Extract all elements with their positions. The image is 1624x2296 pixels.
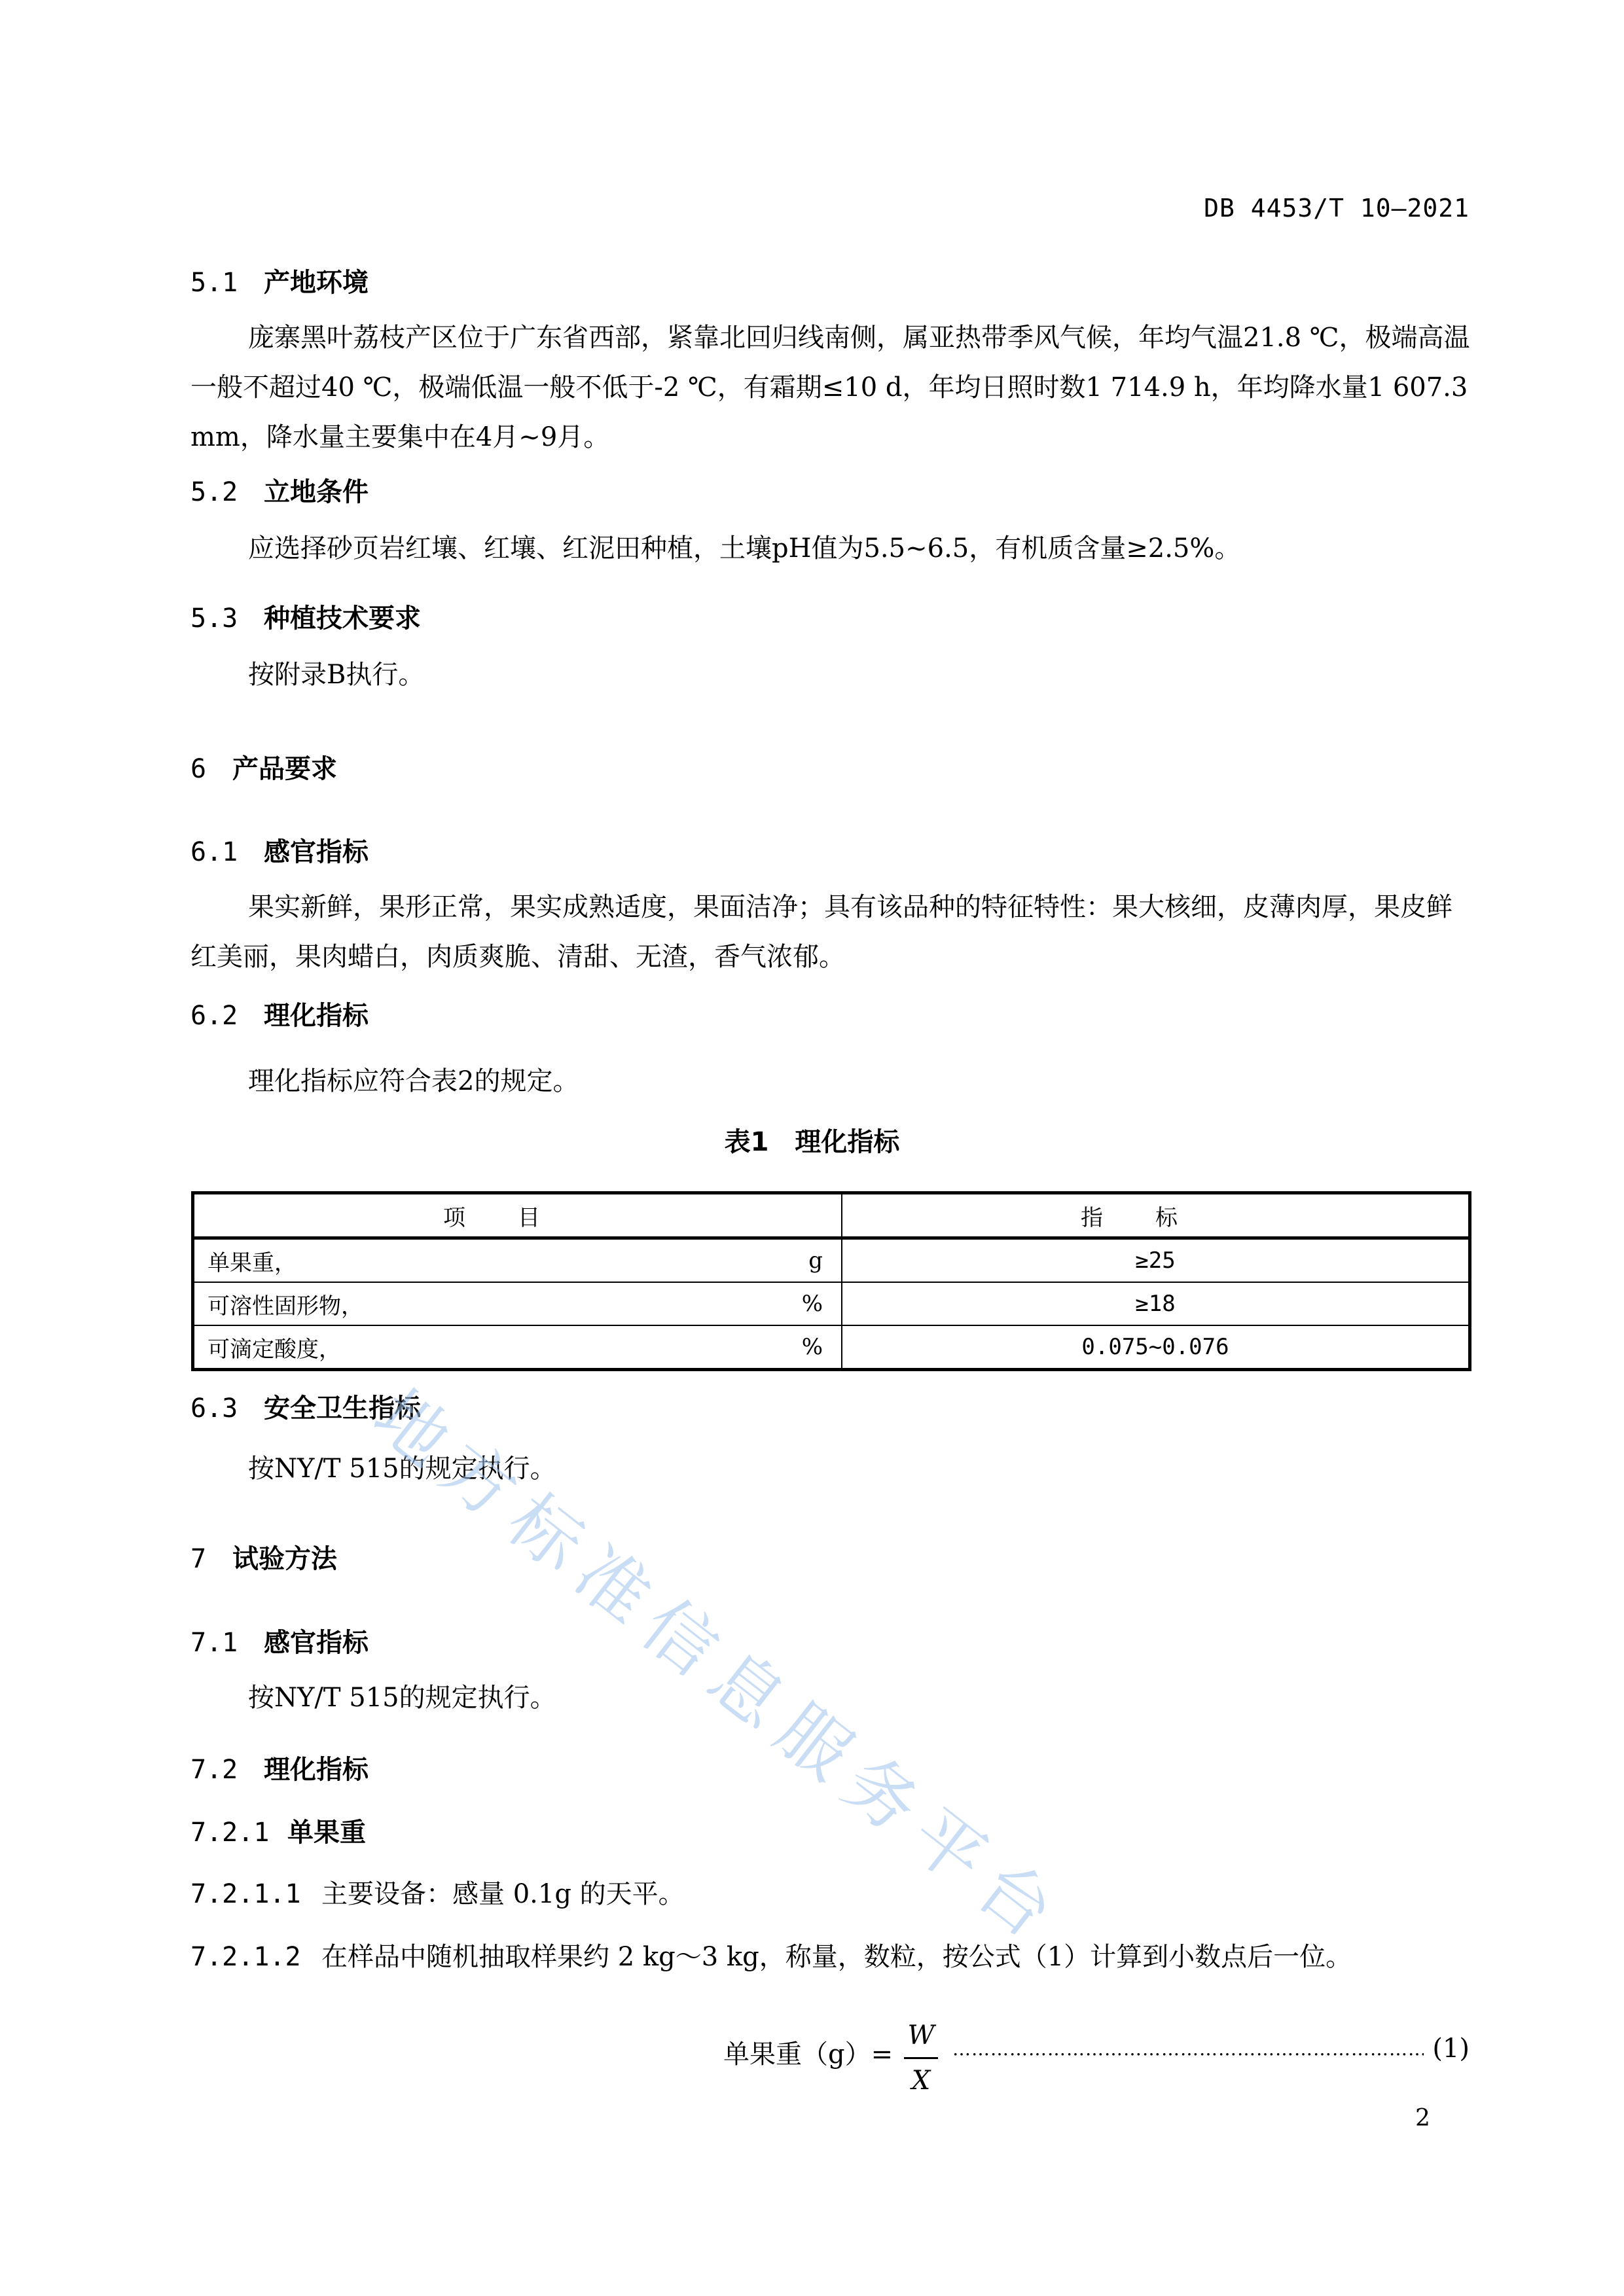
header-item: 项目 — [193, 1193, 842, 1238]
table-caption: 表1理化指标 — [0, 1121, 1624, 1158]
section-title: 产品要求 — [232, 754, 337, 784]
clause-text: 主要设备：感量 0.1g 的天平。 — [321, 1879, 685, 1909]
row-value: ≥18 — [842, 1282, 1470, 1325]
row-item: 可滴定酸度，% — [193, 1325, 842, 1370]
section-title: 安全卫生指标 — [264, 1393, 421, 1424]
fraction-bar — [904, 2057, 938, 2059]
clause-number: 7.2.1.2 — [190, 1942, 321, 1972]
formula-numerator: W — [901, 2018, 941, 2053]
equation-number: (1) — [1432, 2034, 1470, 2064]
section-number: 5.3 — [190, 603, 264, 634]
section-number: 5.1 — [190, 268, 264, 298]
row-item: 可溶性固形物，% — [193, 1282, 842, 1325]
paragraph-7-1: 按NY/T 515的规定执行。 — [190, 1673, 1473, 1723]
row-unit: % — [802, 1291, 823, 1317]
paragraph-6-2: 理化指标应符合表2的规定。 — [190, 1056, 1473, 1106]
row-value: ≥25 — [842, 1238, 1470, 1283]
table-row: 可溶性固形物，% ≥18 — [193, 1282, 1470, 1325]
clause-text: 在样品中随机抽取样果约 2 kg～3 kg，称量，数粒，按公式（1）计算到小数点… — [321, 1942, 1352, 1972]
section-number: 7.1 — [190, 1628, 264, 1658]
table-row: 可滴定酸度，% 0.075~0.076 — [193, 1325, 1470, 1370]
section-title: 理化指标 — [264, 1001, 369, 1031]
document-code: DB 4453/T 10—2021 — [1204, 194, 1470, 223]
section-title: 产地环境 — [264, 268, 369, 298]
clause-7-2-1-2: 7.2.1.2在样品中随机抽取样果约 2 kg～3 kg，称量，数粒，按公式（1… — [190, 1936, 1352, 1973]
formula-1: 单果重（g）= W X …………………………………………………………………………… — [723, 2018, 1470, 2096]
heading-5-3: 5.3种植技术要求 — [190, 598, 421, 635]
page-number: 2 — [1415, 2105, 1430, 2132]
section-title: 感官指标 — [264, 1628, 369, 1658]
table-row: 单果重，g ≥25 — [193, 1238, 1470, 1283]
row-value: 0.075~0.076 — [842, 1325, 1470, 1370]
document-page: DB 4453/T 10—2021 5.1产地环境 庞寨黑叶荔枝产区位于广东省西… — [0, 0, 1624, 2296]
paragraph-5-2: 应选择砂页岩红壤、红壤、红泥田种植，土壤pH值为5.5~6.5，有机质含量≥2.… — [190, 524, 1473, 573]
paragraph-5-1: 庞寨黑叶荔枝产区位于广东省西部，紧靠北回归线南侧，属亚热带季风气候，年均气温21… — [190, 313, 1473, 462]
section-number: 6.3 — [190, 1393, 264, 1424]
section-number: 6 — [190, 754, 232, 784]
heading-6: 6产品要求 — [190, 748, 337, 785]
section-title: 试验方法 — [232, 1544, 337, 1574]
paragraph-6-1: 果实新鲜，果形正常，果实成熟适度，果面洁净；具有该品种的特征特性：果大核细，皮薄… — [190, 882, 1473, 982]
row-item: 单果重，g — [193, 1238, 842, 1283]
header-index: 指标 — [842, 1193, 1470, 1238]
table-header-row: 项目 指标 — [193, 1193, 1470, 1238]
clause-7-2-1-1: 7.2.1.1主要设备：感量 0.1g 的天平。 — [190, 1873, 685, 1910]
paragraph-text: 按附录B执行。 — [248, 660, 424, 690]
table-title: 理化指标 — [795, 1127, 899, 1157]
row-unit: g — [808, 1247, 823, 1274]
formula-denominator: X — [901, 2063, 941, 2098]
formula-lhs: 单果重（g）= — [723, 2034, 893, 2071]
paragraph-5-3: 按附录B执行。 — [190, 650, 1473, 700]
heading-7-2-1: 7.2.1单果重 — [190, 1812, 366, 1849]
formula-fraction: W X — [901, 2018, 941, 2098]
heading-5-2: 5.2立地条件 — [190, 471, 369, 509]
paragraph-text: 理化指标应符合表2的规定。 — [248, 1066, 579, 1096]
section-title: 单果重 — [287, 1818, 366, 1848]
row-unit: % — [802, 1334, 823, 1360]
section-number: 7 — [190, 1544, 232, 1574]
section-title: 理化指标 — [264, 1755, 369, 1785]
paragraph-text: 按NY/T 515的规定执行。 — [248, 1454, 556, 1484]
physicochemical-table: 项目 指标 单果重，g ≥25 可溶性固形物，% ≥18 可滴定酸度，% 0.0… — [191, 1191, 1471, 1371]
paragraph-text: 按NY/T 515的规定执行。 — [248, 1683, 556, 1713]
section-number: 7.2.1 — [190, 1818, 287, 1848]
section-number: 6.1 — [190, 837, 264, 867]
paragraph-text: 应选择砂页岩红壤、红壤、红泥田种植，土壤pH值为5.5~6.5，有机质含量≥2.… — [248, 533, 1240, 564]
heading-6-1: 6.1感官指标 — [190, 831, 369, 869]
section-number: 6.2 — [190, 1001, 264, 1031]
heading-7: 7试验方法 — [190, 1538, 337, 1575]
section-number: 7.2 — [190, 1755, 264, 1785]
table-number: 表1 — [725, 1127, 769, 1157]
section-title: 立地条件 — [264, 477, 369, 507]
heading-5-1: 5.1产地环境 — [190, 262, 369, 299]
section-title: 种植技术要求 — [264, 603, 421, 634]
formula-leader-dots: …………………………………………………………………………………………………………… — [952, 2034, 1424, 2065]
heading-7-2: 7.2理化指标 — [190, 1749, 369, 1786]
clause-number: 7.2.1.1 — [190, 1879, 321, 1909]
section-number: 5.2 — [190, 477, 264, 507]
heading-6-3: 6.3安全卫生指标 — [190, 1388, 421, 1425]
heading-6-2: 6.2理化指标 — [190, 995, 369, 1032]
paragraph-text: 果实新鲜，果形正常，果实成熟适度，果面洁净；具有该品种的特征特性：果大核细，皮薄… — [190, 892, 1453, 972]
paragraph-text: 庞寨黑叶荔枝产区位于广东省西部，紧靠北回归线南侧，属亚热带季风气候，年均气温21… — [190, 323, 1470, 452]
paragraph-6-3: 按NY/T 515的规定执行。 — [190, 1444, 1473, 1494]
section-title: 感官指标 — [264, 837, 369, 867]
heading-7-1: 7.1感官指标 — [190, 1622, 369, 1659]
